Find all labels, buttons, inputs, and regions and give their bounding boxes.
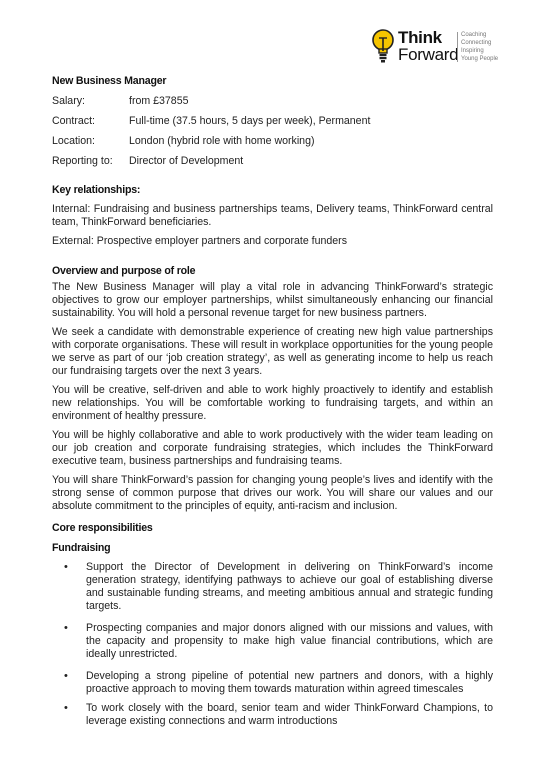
document-body: New Business Manager Salary: from £37855… [52, 75, 493, 737]
job-title: New Business Manager [52, 75, 493, 88]
tagline-line: Coaching [461, 31, 498, 39]
overview-paragraph: You will share ThinkForward’s passion fo… [52, 474, 493, 513]
tagline-line: Inspiring [461, 47, 498, 55]
core-responsibilities-heading: Core responsibilities [52, 522, 493, 535]
document-page: Think Forward Coaching Connecting Inspir… [0, 0, 542, 767]
detail-label: Reporting to: [52, 155, 129, 168]
lightbulb-icon [372, 29, 394, 65]
key-relationships-heading: Key relationships: [52, 184, 493, 197]
detail-value: Director of Development [129, 155, 243, 168]
list-item: Prospecting companies and major donors a… [86, 622, 493, 661]
list-item: To work closely with the board, senior t… [86, 702, 493, 728]
detail-row-reporting: Reporting to: Director of Development [52, 155, 493, 168]
overview-paragraph: We seek a candidate with demonstrable ex… [52, 326, 493, 378]
detail-row-location: Location: London (hybrid role with home … [52, 135, 493, 148]
detail-row-salary: Salary: from £37855 [52, 95, 493, 108]
list-item: Developing a strong pipeline of potentia… [86, 670, 493, 696]
detail-value: from £37855 [129, 95, 188, 108]
detail-label: Contract: [52, 115, 129, 128]
overview-paragraph: You will be highly collaborative and abl… [52, 429, 493, 468]
logo-name-think: Think [398, 29, 442, 46]
logo-tagline: Coaching Connecting Inspiring Young Peop… [461, 31, 498, 63]
detail-row-contract: Contract: Full-time (37.5 hours, 5 days … [52, 115, 493, 128]
tagline-line: Young People [461, 55, 498, 63]
detail-label: Location: [52, 135, 129, 148]
overview-paragraph: You will be creative, self-driven and ab… [52, 384, 493, 423]
internal-relationships: Internal: Fundraising and business partn… [52, 203, 493, 229]
list-item: Support the Director of Development in d… [86, 561, 493, 613]
logo-divider [457, 32, 458, 62]
overview-heading: Overview and purpose of role [52, 265, 493, 278]
overview-paragraph: The New Business Manager will play a vit… [52, 281, 493, 320]
fundraising-responsibilities-list: Support the Director of Development in d… [52, 561, 493, 728]
thinkforward-logo: Think Forward Coaching Connecting Inspir… [368, 27, 508, 71]
logo-name-forward: Forward [398, 46, 458, 63]
detail-label: Salary: [52, 95, 129, 108]
tagline-line: Connecting [461, 39, 498, 47]
detail-value: London (hybrid role with home working) [129, 135, 314, 148]
fundraising-subheading: Fundraising [52, 542, 493, 555]
detail-value: Full-time (37.5 hours, 5 days per week),… [129, 115, 370, 128]
external-relationships: External: Prospective employer partners … [52, 235, 493, 248]
